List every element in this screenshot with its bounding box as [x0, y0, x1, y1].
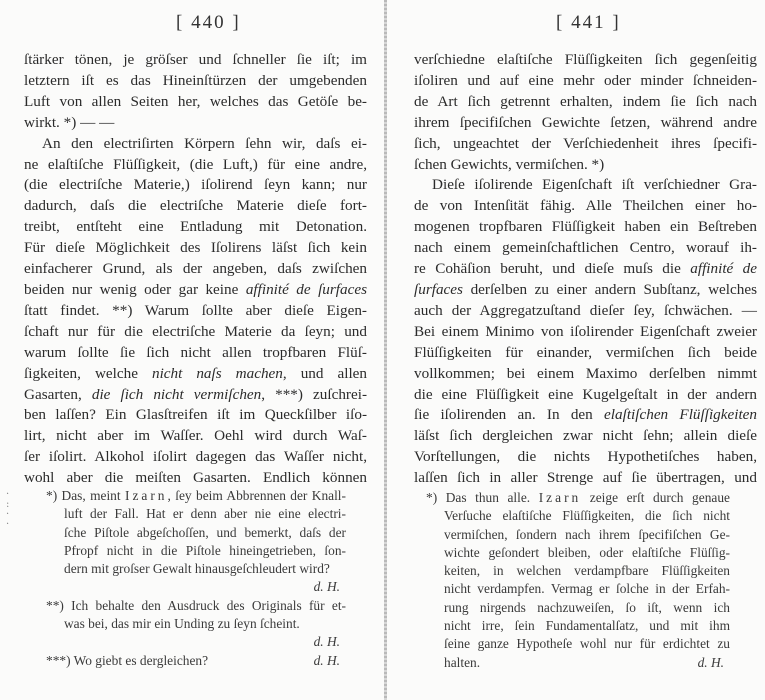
text-line: dadurch, daſs die electriſche Materie di… — [24, 196, 367, 217]
text-line: ſigkeiten, welche nicht naſs machen, und… — [24, 364, 367, 385]
text-line: ne elaſtiſche Flüſſigkeit, (die Luft,) f… — [24, 155, 367, 176]
note-line: vermiſchen, ſondern nach ihrem ſpecifiſc… — [426, 526, 730, 544]
text-line: die eine Flüſſigkeit eine Kugelgeſtalt i… — [414, 385, 757, 406]
text-line: einfacherer Grund, als der angeben, daſs… — [24, 259, 367, 280]
text-line: re Cohäſion beruht, und dieſe muſs die a… — [414, 259, 757, 280]
text-line: laſſen ſich in aller Strenge auf ſie übe… — [414, 468, 757, 489]
text-line: ſchaft nur für die electriſche Materie d… — [24, 322, 367, 343]
text-segment: , und allen — [283, 365, 367, 382]
text-line: ſchen Gewichts, vermiſchen. *) — [414, 155, 757, 176]
text-line: ſurfaces derſelben zu einer andern Subſt… — [414, 280, 757, 301]
footnotes: *) Das, meint Izarn, ſey beim Abbrennen … — [46, 487, 346, 670]
text-line: de von Intenſität fähig. Alle Theilchen … — [414, 196, 757, 217]
text-line: iſoliren und auf eine mehr oder minder ſ… — [414, 71, 757, 92]
text-line: auch der Aggregatzuſtand dieſer ſey, ſch… — [414, 301, 757, 322]
text-line: läſst ſich dergleichen zwar nicht ſehn; … — [414, 426, 757, 447]
text-segment: Wo giebt es dergleichen? — [74, 653, 208, 668]
page-number: [ 440 ] — [176, 12, 241, 34]
text-line: Bei einem Minimo von iſolirender Eigenſc… — [414, 322, 757, 343]
text-line: mogenen tropfbaren Flüſſigkeit haben ein… — [414, 217, 757, 238]
text-segment: zeige erſt durch genaue — [590, 490, 730, 505]
signature: d. H. — [46, 633, 346, 651]
note-line: wichte geſondert bleiben, oder elaſtiſch… — [426, 544, 730, 562]
text-line: ſie iſolirenden an. In den elaſtiſchen F… — [414, 405, 757, 426]
text-line: Vorſtellungen, die nichts Hypothetiſches… — [414, 447, 757, 468]
note-line: was bei, das mir ein Unding zu ſeyn ſche… — [46, 615, 346, 633]
text-line: ſer iſolirt. Alkohol iſolirt dagegen das… — [24, 447, 367, 468]
italic-term: nicht naſs machen — [152, 365, 283, 382]
page-number: [ 441 ] — [556, 12, 621, 34]
footnote-1: *) Das, meint Izarn, ſey beim Abbrennen … — [46, 487, 346, 597]
text-segment: Gasarten, — [24, 386, 82, 403]
text-line: Für dieſe Möglichkeit des Iſolirens läſs… — [24, 238, 367, 259]
note-line: nicht verdampfen. Vermag er ſolche in de… — [426, 580, 730, 598]
text-line: (die electriſche Materie,) iſolirend ſey… — [24, 175, 367, 196]
footnote-2: **) Ich behalte den Ausdruck des Origina… — [46, 597, 346, 652]
note-line: dern mit groſser Gewalt hinausgeſchleude… — [46, 560, 346, 578]
text-line: wirkt. *) — — — [24, 113, 367, 134]
footnote-3: ***) Wo giebt es dergleichen?d. H. — [46, 652, 346, 670]
text-segment: derſelben zu einer andern Subſtanz, welc… — [471, 281, 757, 298]
text-line: nach einem gemeinſchaftlichen Centro, wo… — [414, 238, 757, 259]
note-line: Pfropf nicht in die Piſtole hineingetrie… — [46, 542, 346, 560]
text-segment: Das, meint — [62, 488, 121, 503]
text-line: ihrem ſpecifiſchen Gewichte ſetzen, währ… — [414, 113, 757, 134]
footnote-marker: *) — [426, 490, 437, 505]
text-segment: ſey beim Abbrennen der Knall- — [175, 488, 346, 503]
italic-term: ſurfaces — [414, 281, 463, 298]
footnotes: *) Das thun alle. Izarn zeige erſt durch… — [426, 489, 730, 672]
signature: d. H. — [314, 652, 346, 670]
text-segment: beiden nur wenig oder gar keine — [24, 281, 238, 298]
note-line: ***) Wo giebt es dergleichen?d. H. — [46, 652, 346, 670]
spaced-name: Izarn — [539, 490, 582, 505]
note-line: luft der Fall. Hat er denn aber nie eine… — [46, 505, 346, 523]
note-line: *) Das, meint Izarn, ſey beim Abbrennen … — [46, 487, 346, 505]
spaced-name: Izarn — [125, 488, 168, 503]
text-line: Flüſſigkeiten für einander, vermiſchen ſ… — [414, 343, 757, 364]
text-line: ſtärker tönen, je gröſser und ſchneller … — [24, 50, 367, 71]
note-line: ſeine ganze Hypotheſe wohl nur für erdic… — [426, 635, 730, 653]
text-line: Luft von allen Seiten her, welches das G… — [24, 92, 367, 113]
text-segment: ſigkeiten, welche — [24, 365, 138, 382]
footnote-marker: ***) — [46, 653, 71, 668]
note-line: ſche Piſtole abgeſchoſſen, und bemerkt, … — [46, 524, 346, 542]
text-line: de Art ſich getrennt erhalten, indem ſie… — [414, 92, 757, 113]
footnote-marker: *) — [46, 488, 57, 503]
main-text: ſtärker tönen, je gröſser und ſchneller … — [24, 50, 367, 489]
paragraph-start: Dieſe iſolirende Eigenſchaft iſt verſchi… — [414, 175, 757, 196]
text-line: Gasarten, die ſich nicht vermiſchen, ***… — [24, 385, 367, 406]
text-line: vollkommen; bei einem Maximo derſelben n… — [414, 364, 757, 385]
text-line: verſchiedne elaſtiſche Flüſſigkeiten ſic… — [414, 50, 757, 71]
italic-term: affinité de — [690, 260, 757, 277]
signature: d. H. — [46, 578, 346, 596]
text-segment: , ***) zuſchrei- — [261, 386, 367, 403]
text-line: ben laſſen? Ein Glasſtreifen iſt im Quec… — [24, 405, 367, 426]
footnote-1: *) Das thun alle. Izarn zeige erſt durch… — [426, 489, 730, 672]
text-segment: Ich behalte den Ausdruck des Originals f… — [71, 598, 346, 613]
text-line: warum ſollte ſie ſich nicht allen tropfb… — [24, 343, 367, 364]
note-line: **) Ich behalte den Ausdruck des Origina… — [46, 597, 346, 615]
footnote-marker: **) — [46, 598, 64, 613]
paragraph-start: An den electriſirten Körpern ſehn wir, d… — [24, 134, 367, 155]
text-line: lirt, nicht aber im Waſſer. Oehl wird du… — [24, 426, 367, 447]
signature: d. H. — [698, 654, 730, 672]
text-line: ſich, ungeachtet der Verſchiedenheit ihr… — [414, 134, 757, 155]
text-line: beiden nur wenig oder gar keine affinité… — [24, 280, 367, 301]
note-line: Verſuche elaſtiſche Flüſſigkeiten, die ſ… — [426, 507, 730, 525]
text-line: wohl aber die meiſten Gasarten. Endlich … — [24, 468, 367, 489]
note-line: nicht irre, ſein Fundamentalſatz, und mi… — [426, 617, 730, 635]
text-line: treibt, entſteht eine Entladung mit Deto… — [24, 217, 367, 238]
text-line: letztern iſt es das Hineinſtürzen der um… — [24, 71, 367, 92]
text-line: ſtatt findet. **) Warum ſollte aber dieſ… — [24, 301, 367, 322]
note-line: halten.d. H. — [426, 654, 730, 672]
main-text: verſchiedne elaſtiſche Flüſſigkeiten ſic… — [414, 50, 757, 489]
right-page: [ 441 ] verſchiedne elaſtiſche Flüſſigke… — [388, 0, 765, 700]
note-line: keiten, in welchen verdampfbare Flüſſigk… — [426, 562, 730, 580]
text-segment: ſie iſolirenden an. In den — [414, 406, 593, 423]
margin-specks: ·:·· — [6, 490, 16, 540]
book-gutter — [384, 0, 387, 700]
italic-term: elaſtiſchen Flüſſigkeiten — [604, 406, 757, 423]
text-segment: re Cohäſion beruht, und dieſe muſs die — [414, 260, 681, 277]
left-page: [ 440 ] ſtärker tönen, je gröſser und ſc… — [0, 0, 384, 700]
note-line: *) Das thun alle. Izarn zeige erſt durch… — [426, 489, 730, 507]
note-line: rung nirgends nachzuweiſen, ſo iſt, wenn… — [426, 599, 730, 617]
text-segment: Das thun alle. — [446, 490, 530, 505]
text-segment: halten. — [444, 655, 480, 670]
book-spread: [ 440 ] ſtärker tönen, je gröſser und ſc… — [0, 0, 765, 700]
italic-term: die ſich nicht vermiſchen — [92, 386, 261, 403]
italic-term: affinité de ſurfaces — [246, 281, 367, 298]
